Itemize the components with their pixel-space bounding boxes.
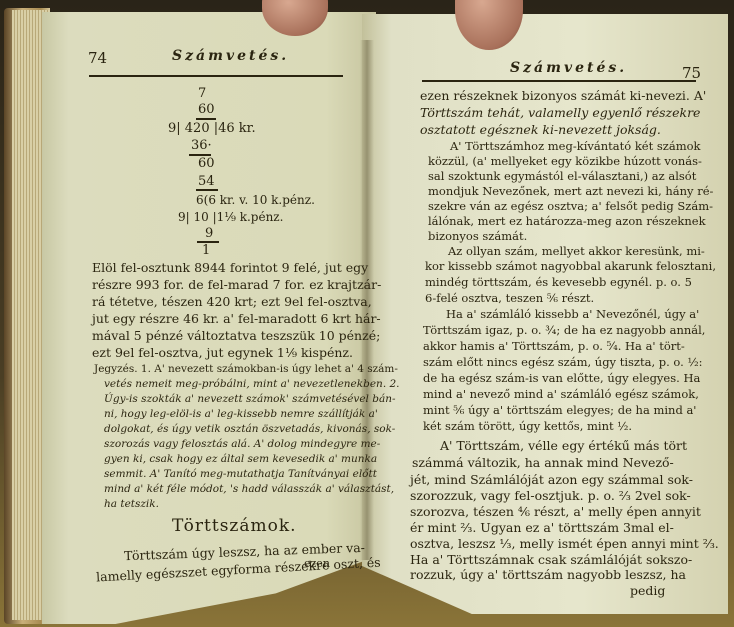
catchword: ezen bbox=[304, 555, 330, 572]
calc-line: 9| 10 |1⅑ k.pénz. bbox=[178, 209, 283, 225]
text-line: szorozzuk, vagy fel-osztjuk. p. o. ⅔ 2ve… bbox=[410, 487, 691, 504]
text-line: Törttszám tehát, valamelly egyenlő része… bbox=[420, 104, 700, 121]
calc-underline bbox=[196, 118, 216, 120]
note-line: ni, hogy leg-elöl-is a' leg-kissebb nemr… bbox=[104, 408, 378, 422]
text-line: akkor hamis a' Törttszám, p. o. ⁵⁄₄. Ha … bbox=[423, 338, 685, 355]
text-line: osztva, leszsz ⅓, melly ismét épen annyi… bbox=[410, 535, 719, 552]
note-line: dolgokat, és úgy vetik osztán öszvetadás… bbox=[104, 423, 395, 437]
text-line: ér mint ⅔. Ugyan ez a' törttszám 3mal el… bbox=[410, 519, 674, 536]
text-line: rá tétetve, tészen 420 krt; ezt 9el fel-… bbox=[92, 293, 372, 310]
text-line: mint ⅚ úgy a' törttszám elegyes; de ha m… bbox=[423, 402, 696, 419]
text-line: részre 993 for. de fel-marad 7 for. ez k… bbox=[92, 276, 381, 293]
left-page-number: 74 bbox=[88, 49, 107, 67]
note-line: semmit. A' Tanító meg-mutathatja Tanítvá… bbox=[104, 468, 377, 482]
calc-line: 60 bbox=[198, 102, 215, 118]
text-line: számmá változik, ha annak mind Nevező- bbox=[412, 454, 674, 471]
text-line: de ha egész szám-is van előtte, úgy eleg… bbox=[423, 370, 700, 387]
right-header-rule bbox=[422, 80, 696, 82]
note-line: mind a' két féle módot, 's hadd válasszá… bbox=[104, 483, 394, 497]
text-line: 6-felé osztva, teszen ⅚ részt. bbox=[425, 290, 594, 307]
calc-line: 9| 420 |46 kr. bbox=[168, 121, 256, 137]
catchword: pedig bbox=[630, 582, 665, 599]
note-line: Jegyzés. 1. A' nevezett számokban-is úgy… bbox=[94, 363, 398, 377]
left-header-rule bbox=[89, 75, 343, 77]
note-line: szorozás vagy felosztás alá. A' dolog mi… bbox=[104, 438, 380, 452]
text-line: A' Törttszám, vélle egy értékű más tört bbox=[440, 437, 687, 454]
calc-line: 9 bbox=[205, 226, 213, 242]
text-line: rozzuk, úgy a' törttszám nagyobb leszsz,… bbox=[410, 566, 686, 583]
left-running-head: Számvetés. bbox=[172, 48, 289, 64]
text-line: mával 5 pénzé változtatva teszszük 10 pé… bbox=[92, 327, 380, 344]
note-line: Úgy-is szokták a' nevezett számok' számv… bbox=[104, 393, 396, 407]
text-line: Törttszám igaz, p. o. ¾; de ha ez nagyob… bbox=[423, 322, 705, 339]
calc-line: 54 bbox=[198, 174, 215, 190]
text-line: osztatott egésznek ki-nevezett jokság. bbox=[420, 121, 661, 138]
calc-underline bbox=[196, 189, 218, 191]
right-running-head: Számvetés. bbox=[510, 60, 627, 76]
text-line: ezt 9el fel-osztva, jut egynek 1⅑ kispén… bbox=[92, 344, 353, 361]
text-line: ezen részeknek bizonyos számát ki-nevezi… bbox=[420, 87, 706, 104]
text-line: Ha a' számláló kissebb a' Nevezőnél, úgy… bbox=[446, 306, 699, 323]
text-line: kor kissebb számot nagyobbal akarunk fel… bbox=[425, 258, 716, 275]
note-line: ha tetszik. bbox=[104, 498, 159, 512]
calc-line: 60 bbox=[198, 156, 215, 172]
calc-line: 7 bbox=[198, 86, 206, 102]
note-line: gyen ki, csak hogy ez által sem kevesedi… bbox=[104, 453, 377, 467]
text-line: Elöl fel-osztunk 8944 forintot 9 felé, j… bbox=[92, 259, 368, 276]
calc-line: 6(6 kr. v. 10 k.pénz. bbox=[196, 192, 315, 208]
calc-line: 36· bbox=[191, 138, 212, 154]
text-line: jut egy részre 46 kr. a' fel-maradott 6 … bbox=[92, 310, 381, 327]
text-line: szám előtt nincs egész szám, úgy tiszta,… bbox=[423, 354, 703, 371]
text-line: két szám törött, úgy kettős, mint ½. bbox=[423, 418, 632, 435]
calc-line: 1 bbox=[202, 243, 210, 259]
text-line: jét, mind Számlálóját azon egy számmal s… bbox=[410, 471, 693, 488]
section-heading: Törttszámok. bbox=[172, 516, 297, 536]
text-line: mind a' nevező mind a' számláló egész sz… bbox=[423, 386, 699, 403]
text-line: mindég törttszám, és kevesebb egynél. p.… bbox=[425, 274, 692, 291]
text-line: szorozva, tészen ⁴⁄₆ részt, a' melly épe… bbox=[410, 503, 701, 520]
note-line: vetés nemeit meg-próbálni, mint a' nevez… bbox=[104, 378, 400, 392]
